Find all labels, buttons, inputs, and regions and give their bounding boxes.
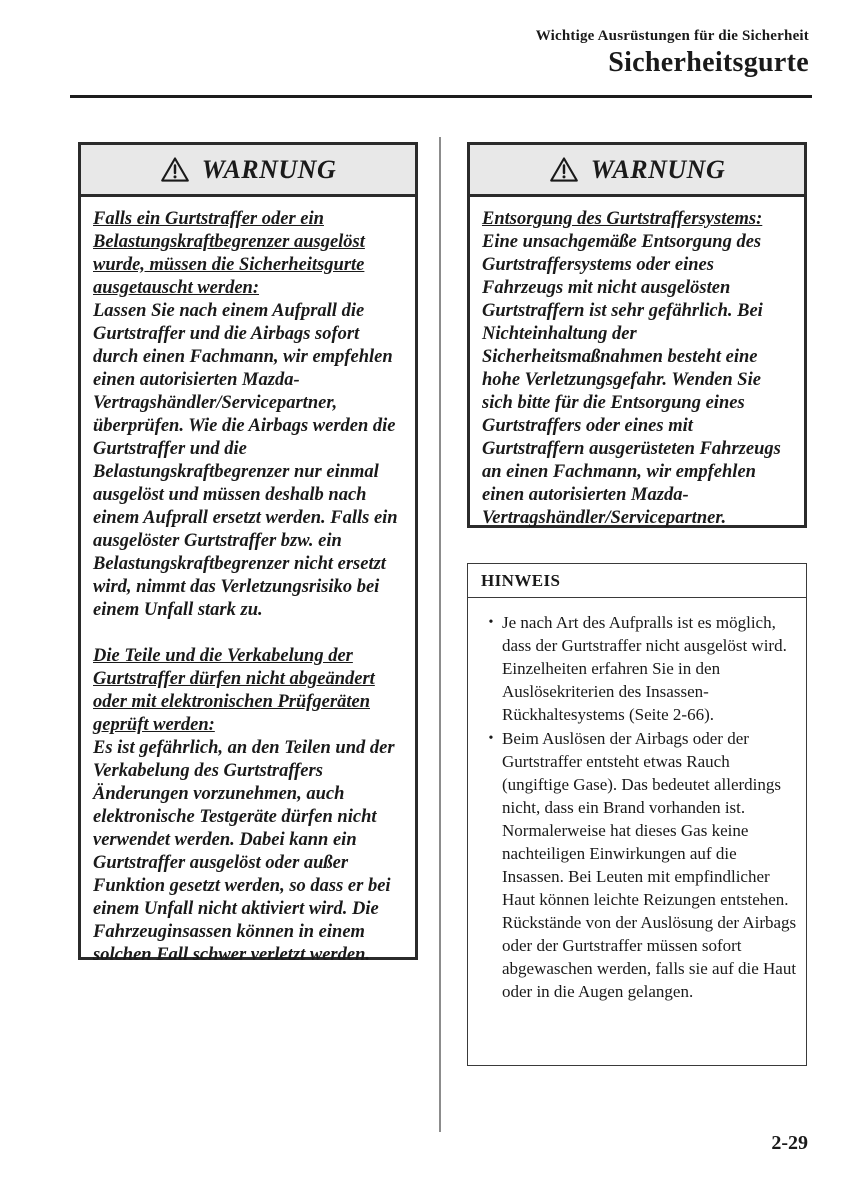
warning-header: WARNUNG [81,145,415,197]
bullet-icon: • [480,727,502,1003]
warning-triangle-icon [160,156,190,183]
warning-body: Falls ein Gurtstraffer oder ein Belastun… [81,197,415,977]
page-number: 2-29 [771,1132,808,1155]
warning-body: Entsorgung des Gurtstraffersystems: Eine… [470,197,804,540]
page-header: Wichtige Ausrüstungen für die Sicherheit… [0,28,809,79]
right-column: WARNUNG Entsorgung des Gurtstraffersyste… [467,142,807,1066]
warning-section: Die Teile und die Verkabelung der Gurtst… [93,645,403,967]
warning-section-body: Es ist gefährlich, an den Teilen und der… [93,737,403,967]
note-bullet-text: Beim Auslösen der Airbags oder der Gurts… [502,727,798,1003]
note-bullet-item: • Beim Auslösen der Airbags oder der Gur… [480,727,798,1003]
warning-triangle-icon [549,156,579,183]
warning-section-body: Eine unsachgemäße Entsorgung des Gurtstr… [482,231,792,530]
bullet-icon: • [480,611,502,726]
warning-section-heading: Falls ein Gurtstraffer oder ein Belastun… [93,209,365,298]
note-bullet-text: Je nach Art des Aufpralls ist es möglich… [502,611,798,726]
page-title: Sicherheitsgurte [0,47,809,79]
warning-section: Falls ein Gurtstraffer oder ein Belastun… [93,208,403,622]
warning-box-left: WARNUNG Falls ein Gurtstraffer oder ein … [78,142,418,960]
note-title: HINWEIS [468,564,806,598]
warning-section-heading: Die Teile und die Verkabelung der Gurtst… [93,646,375,735]
column-divider [439,137,441,1132]
warning-title: WARNUNG [202,155,336,185]
warning-header: WARNUNG [470,145,804,197]
note-box: HINWEIS • Je nach Art des Aufpralls ist … [467,563,807,1066]
left-column: WARNUNG Falls ein Gurtstraffer oder ein … [78,142,418,960]
header-rule [70,95,812,98]
warning-section: Entsorgung des Gurtstraffersystems: Eine… [482,208,792,530]
warning-section-heading: Entsorgung des Gurtstraffersystems: [482,209,762,229]
warning-box-right: WARNUNG Entsorgung des Gurtstraffersyste… [467,142,807,528]
header-section-label: Wichtige Ausrüstungen für die Sicherheit [0,28,809,45]
note-body: • Je nach Art des Aufpralls ist es mögli… [468,598,806,1016]
warning-section-body: Lassen Sie nach einem Aufprall die Gurts… [93,300,403,622]
note-bullet-item: • Je nach Art des Aufpralls ist es mögli… [480,611,798,726]
warning-title: WARNUNG [591,155,725,185]
